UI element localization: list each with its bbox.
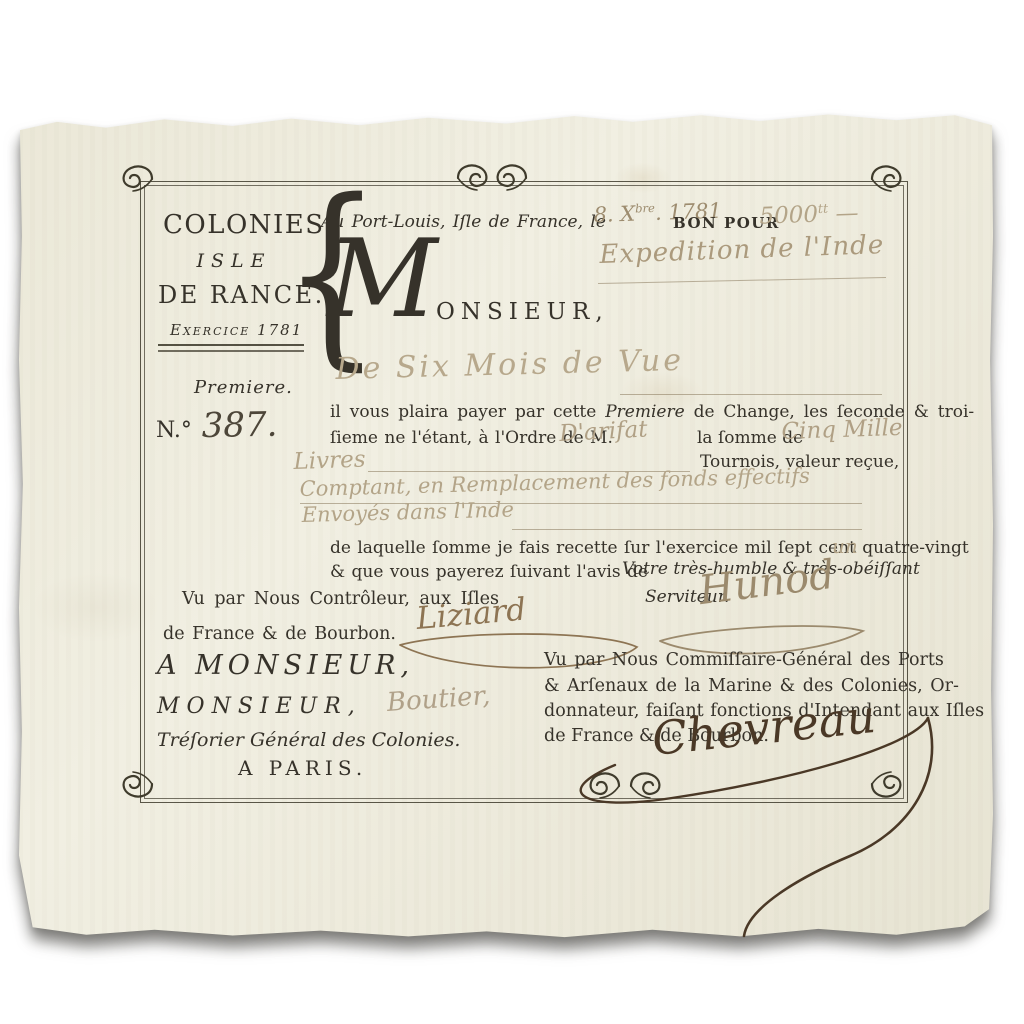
salutation-rest: ONSIEUR,	[436, 299, 609, 325]
salutation-initial: M	[327, 226, 438, 334]
sight-underline	[620, 394, 882, 395]
address-line-3: Tréſorier Général des Colonies.	[157, 729, 460, 751]
corner-ornament-top-right	[866, 163, 906, 195]
amount-dash: —	[835, 200, 859, 227]
corner-ornament-top-left	[118, 163, 158, 195]
funds-line-2-rule	[512, 529, 862, 530]
body-line-6: de laquelle ſomme je fais recette ſur l'…	[330, 538, 969, 558]
amount-words-handwritten: Cinq Mille	[781, 415, 903, 445]
number-value-handwritten: 387.	[201, 405, 277, 446]
address-line-2: MONSIEUR,	[157, 694, 362, 719]
corner-ornament-bottom-left	[118, 768, 158, 800]
date-superscript: bre	[635, 201, 655, 216]
number-label: N.°	[156, 418, 192, 443]
amount-superscript: tt	[818, 201, 829, 216]
dateline-printed: Au Port-Louis, Iſle de France, le	[321, 212, 606, 232]
top-edge-ornament-right	[492, 162, 532, 194]
amount-value: 5000	[759, 202, 818, 230]
year-word-handwritten: un	[832, 534, 858, 558]
copy-designation: Premiere.	[194, 377, 293, 398]
payee-name-handwritten: D'arifat	[559, 416, 649, 447]
date-day: 8. X	[593, 202, 635, 227]
controller-line-2: de France & de Bourbon.	[163, 624, 396, 644]
photo-stage: COLONIES. ISLE DE RANCE. Exercice 1781 {…	[0, 0, 1024, 1024]
body-line-7: & que vous payerez ſuivant l'avis de	[330, 562, 648, 582]
signature-commissaire-flourish	[520, 680, 960, 950]
address-line-4: A PARIS.	[238, 756, 367, 780]
address-line-1: A MONSIEUR,	[157, 650, 414, 681]
currency-handwritten: Livres	[293, 447, 366, 475]
top-edge-ornament-left	[452, 162, 492, 194]
amount-figures-handwritten: 5000tt —	[759, 200, 859, 230]
commissaire-line-1: Vu par Nous Commiſſaire-Général des Port…	[544, 650, 944, 670]
body-line-1a: il vous plaira payer par cette	[330, 402, 605, 422]
